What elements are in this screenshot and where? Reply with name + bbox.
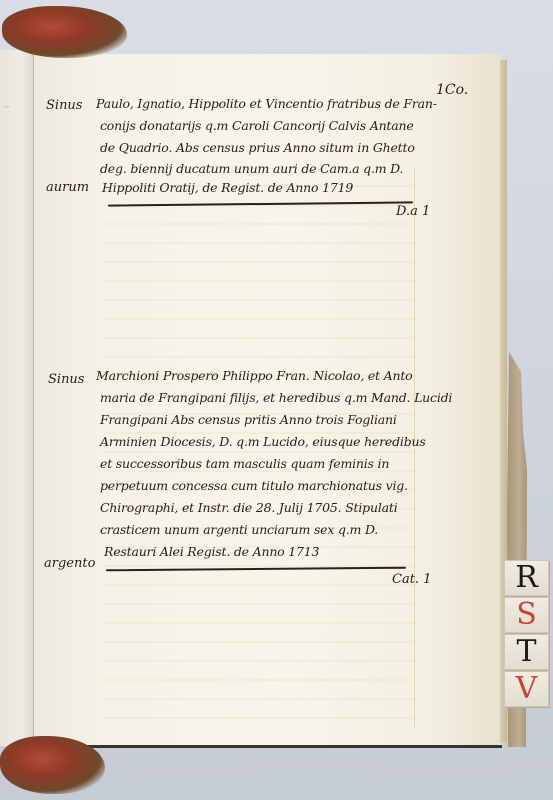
top-tassel [2,6,127,58]
entry-2-line: Restauri Alei Regist. de Anno 1713 [104,544,319,559]
entry-2-line: maria de Frangipani filijs, et heredibus… [100,390,452,405]
entry-1-line: de Quadrio. Abs census prius Anno situm … [100,140,415,155]
left-page: ~ [0,50,37,746]
entry-1-margin-label: Sinus [46,98,82,113]
entry-1-closing-note: D.a 1 [396,204,430,219]
index-tab-r[interactable]: R [504,560,549,596]
entry-2-line: Marchioni Prospero Philippo Fran. Nicola… [96,368,412,383]
entry-2-margin-label-2: argento [44,556,95,571]
entry-2-line: perpetuum concessa cum titulo marchionat… [100,478,408,493]
bleed-through-text: ~ [2,100,11,113]
entry-1-line: Hippoliti Oratij, de Regist. de Anno 171… [102,180,353,195]
index-tab-t[interactable]: T [504,634,549,670]
entry-2-line: crasticem unum argenti unciarum sex q.m … [100,522,378,537]
index-tab-s[interactable]: S [504,597,549,633]
index-tab-v[interactable]: V [504,671,549,707]
tab-letter: T [516,634,536,669]
entry-1-margin-label-2: aurum [46,180,89,195]
tab-letter: S [516,597,537,632]
tab-letter: R [515,560,538,595]
entry-2-line: Frangipani Abs census pritis Anno trois … [100,412,397,427]
entry-1-line: Paulo, Ignatio, Hippolito et Vincentio f… [96,96,437,111]
entry-1-line: conijs donatarijs q.m Caroli Cancorij Ca… [100,118,414,133]
entry-2-line: et successoribus tam masculis quam femin… [100,456,389,471]
folio-number: 1Co. [436,82,468,98]
entry-2-closing-note: Cat. 1 [392,572,431,587]
entry-1-line: deg. biennij ducatum unum auri de Cam.a … [100,161,403,176]
entry-2-margin-label: Sinus [48,372,84,387]
tab-letter: V [516,671,538,706]
entry-2-line: Chirographi, et Instr. die 28. Julij 170… [100,500,398,515]
entry-2-line: Arminien Diocesis, D. q.m Lucido, eiusqu… [100,434,426,449]
